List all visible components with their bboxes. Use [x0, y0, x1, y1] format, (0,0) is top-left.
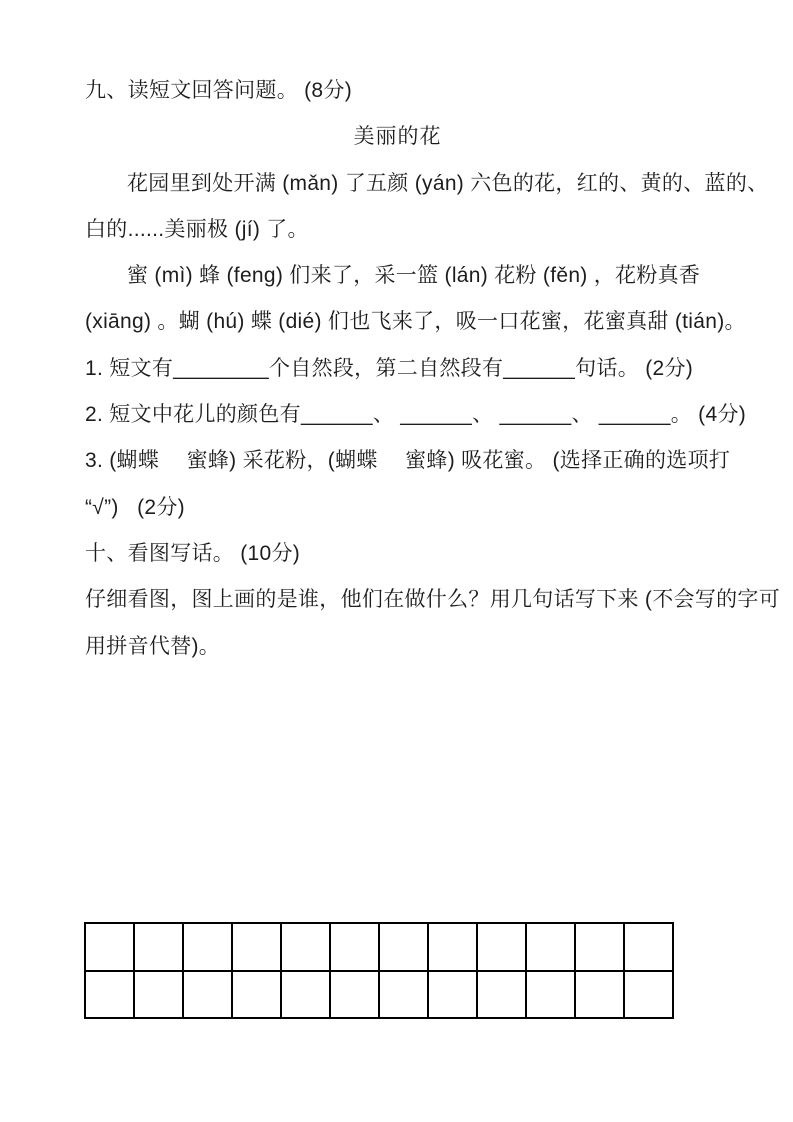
instruction-line-2: 用拼音代替)。: [85, 624, 710, 670]
writing-grid-cell: [380, 924, 427, 970]
writing-grid-cell: [478, 972, 525, 1018]
question-3-line-1: 3. (蝴蝶 蜜蜂) 采花粉，(蝴蝶 蜜蜂) 吸花蜜。 (选择正确的选项打: [85, 438, 710, 484]
writing-grid-cell: [282, 924, 329, 970]
writing-grid-cell: [184, 924, 231, 970]
writing-grid-cell: [86, 972, 133, 1018]
passage-line-4: (xiāng) 。蝴 (hú) 蝶 (dié) 们也飞来了，吸一口花蜜，花蜜真甜…: [85, 299, 710, 345]
writing-grid: [84, 922, 674, 1019]
exam-page: 九、读短文回答问题。 (8分) 美丽的花 花园里到处开满 (mǎn) 了五颜 (…: [0, 0, 793, 1122]
writing-grid-cell: [331, 924, 378, 970]
writing-grid-cell: [429, 924, 476, 970]
writing-grid-cell: [527, 972, 574, 1018]
question-3-line-2: “√”) (2分): [85, 485, 710, 531]
writing-grid-cell: [86, 924, 133, 970]
writing-grid-cell: [625, 972, 672, 1018]
writing-grid-cell: [576, 972, 623, 1018]
section-ten-header: 十、看图写话。 (10分): [85, 531, 710, 577]
passage-line-3: 蜜 (mì) 蜂 (feng) 们来了，采一篮 (lán) 花粉 (fěn) ，…: [85, 253, 710, 299]
writing-grid-cell: [184, 972, 231, 1018]
passage-line-1: 花园里到处开满 (mǎn) 了五颜 (yán) 六色的花，红的、黄的、蓝的、: [85, 161, 710, 207]
writing-grid-cell: [135, 924, 182, 970]
passage-line-2: 白的......美丽极 (jí) 了。: [85, 207, 710, 253]
writing-grid-cell: [625, 924, 672, 970]
question-2: 2. 短文中花儿的颜色有______、 ______、 ______、 ____…: [85, 392, 710, 438]
writing-grid-cell: [233, 972, 280, 1018]
section-nine-header: 九、读短文回答问题。 (8分): [85, 68, 710, 114]
writing-grid-cell: [576, 924, 623, 970]
writing-grid-cell: [282, 972, 329, 1018]
writing-grid-cell: [331, 972, 378, 1018]
instruction-line-1: 仔细看图，图上画的是谁，他们在做什么？用几句话写下来 (不会写的字可: [85, 577, 710, 623]
writing-grid-cell: [527, 924, 574, 970]
exam-content: 九、读短文回答问题。 (8分) 美丽的花 花园里到处开满 (mǎn) 了五颜 (…: [85, 68, 710, 670]
question-1: 1. 短文有________个自然段，第二自然段有______句话。 (2分): [85, 346, 710, 392]
writing-grid-cell: [429, 972, 476, 1018]
passage-title: 美丽的花: [85, 114, 710, 160]
writing-grid-cell: [380, 972, 427, 1018]
writing-grid-cell: [135, 972, 182, 1018]
writing-grid-cell: [478, 924, 525, 970]
writing-grid-cell: [233, 924, 280, 970]
